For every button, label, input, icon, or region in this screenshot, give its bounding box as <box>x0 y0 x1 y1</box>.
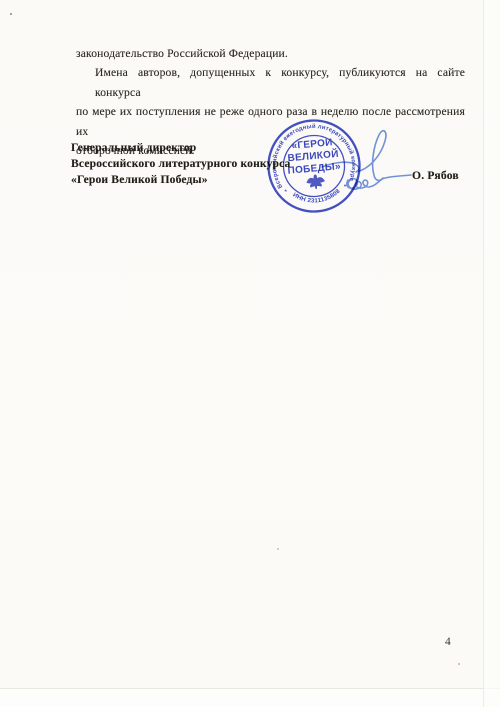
scan-speck <box>10 13 12 15</box>
scan-edge-strip-right <box>484 0 500 707</box>
signer-title-line: «Герои Великой Победы» <box>71 172 291 188</box>
paragraph-line: Имена авторов, допущенных к конкурсу, пу… <box>76 63 465 102</box>
scan-edge-line-right <box>483 0 484 707</box>
paragraph-line: законодательство Российской Федерации. <box>76 44 465 63</box>
stamp-separator-star-icon: * <box>284 189 288 195</box>
scan-edge-strip-bottom <box>0 689 500 707</box>
signature-block: Генеральный директор Всероссийского лите… <box>71 140 291 188</box>
signer-title-line: Всероссийского литературного конкурса <box>71 156 291 172</box>
pen-signature <box>318 116 418 208</box>
scanned-document-page: законодательство Российской Федерации. И… <box>0 0 500 707</box>
scan-speck <box>277 548 279 550</box>
signature-stroke <box>322 131 386 181</box>
page-number: 4 <box>445 636 451 648</box>
signer-title-line: Генеральный директор <box>71 140 291 156</box>
signature-stroke <box>347 175 411 189</box>
signer-name: О. Рябов <box>412 169 459 182</box>
scan-speck <box>458 663 460 665</box>
scan-edge-line-bottom <box>0 688 500 689</box>
